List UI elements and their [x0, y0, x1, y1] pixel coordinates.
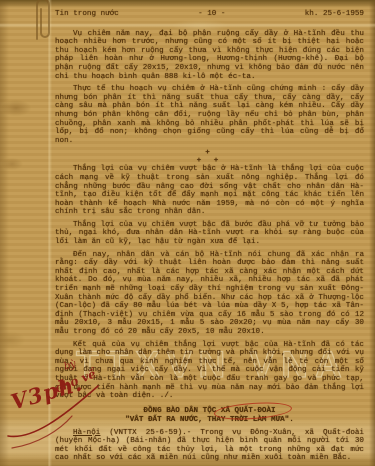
article2-heading-line2: "VẮT ĐẤT RA NƯỚC, THAY TRỜI LÀM MƯA".: [55, 416, 364, 425]
document-content: Tin trong nước - 10 - kh. 25-6-1959 Vụ c…: [55, 10, 364, 466]
article2-heading-circled-red: XÃ QUẤT-ĐOÀI: [221, 407, 276, 416]
article2-body: Hà-nội (VNTTX 25-6-59).- Trong vụ Đông-X…: [55, 429, 364, 463]
section-separator: + + +: [55, 149, 364, 165]
paperclip-imprint-icon: [30, 0, 56, 41]
paragraph-victory-meaning: Thắng lợi của vụ chiêm vượt bậc ở Hà-tĩn…: [55, 165, 364, 217]
article2-body-text: (VNTTX 25-6-59).- Trong vụ Đông-Xuân, xã…: [55, 429, 364, 463]
page-header: Tin trong nước - 10 - kh. 25-6-1959: [55, 10, 364, 19]
header-page-number: - 10 -: [198, 10, 225, 19]
article2-heading-pre: ĐỒNG BÀO DÂN TỘC: [143, 407, 220, 415]
scanned-document-page: TTXVN VNA Tin trong nước - 10 - kh. 25-6…: [0, 0, 375, 466]
paragraph-conclusion: Kết quả của vụ chiêm thắng lợi vượt bậc …: [55, 341, 364, 401]
paragraph-dense-planting-stats: Đến nay, nhân dân và cán bộ Hà-tĩnh nói …: [55, 251, 364, 337]
article2-heading-line1: ĐỒNG BÀO DÂN TỘC XÃ QUẤT-ĐOÀI: [55, 407, 364, 416]
article2-dateline: Hà-nội: [73, 429, 100, 437]
paragraph-harvest-results: Vụ chiêm năm nay, đại bộ phận ruộng cấy …: [55, 30, 364, 82]
header-section-title: Tin trong nước: [55, 10, 119, 19]
article2-heading: ĐỒNG BÀO DÂN TỘC XÃ QUẤT-ĐOÀI "VẮT ĐẤT R…: [55, 407, 364, 426]
header-date: kh. 25-6-1959: [305, 10, 364, 19]
paragraph-breaking-conservatism: Thắng lợi của vụ chiêm vượt bậc đã bước …: [55, 221, 364, 247]
paragraph-harvest-evidence: Thực tế thu hoạch vụ chiêm ở Hà-tĩnh cũn…: [55, 85, 364, 145]
